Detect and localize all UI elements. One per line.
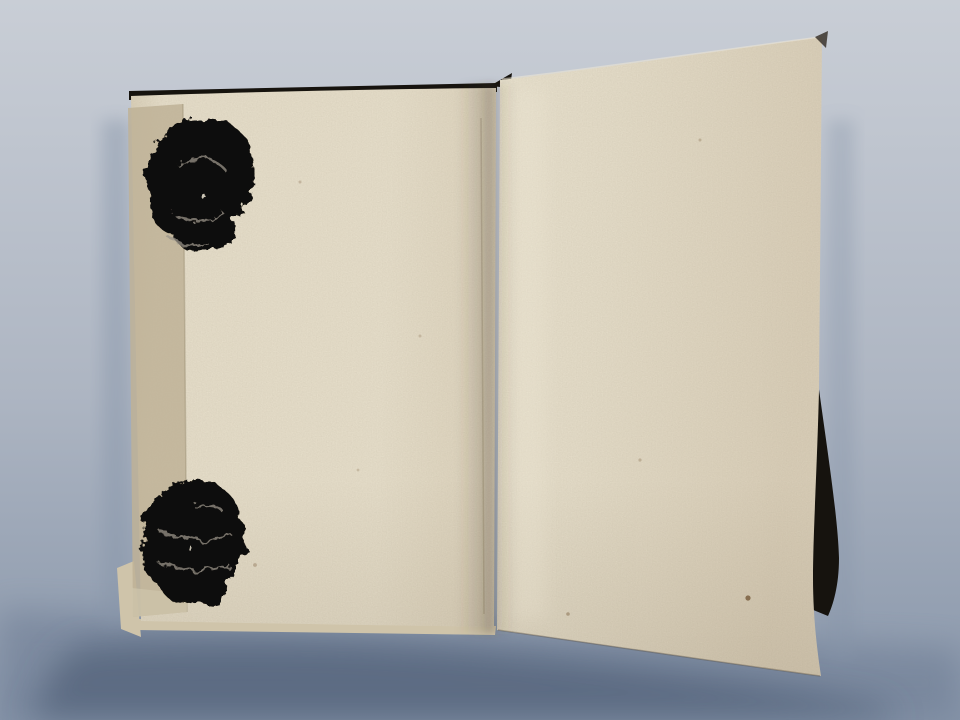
foxing-speck	[419, 335, 422, 338]
spine-sheen	[512, 90, 546, 620]
wax-seal-top-glint	[203, 196, 208, 201]
foxing-speck	[566, 612, 570, 616]
foxing-speck	[299, 181, 302, 184]
foxing-speck	[253, 563, 257, 567]
book-photo-canvas	[0, 0, 960, 720]
foxing-speck	[638, 458, 641, 461]
foxing-speck	[699, 139, 702, 142]
wax-seal-bottom-glint	[188, 546, 192, 550]
foxing-speck	[357, 469, 360, 472]
left-edge-shadow	[102, 120, 130, 625]
foxing-speck	[745, 595, 750, 600]
gutter-shading	[458, 84, 516, 634]
photo-open-book	[0, 0, 960, 720]
